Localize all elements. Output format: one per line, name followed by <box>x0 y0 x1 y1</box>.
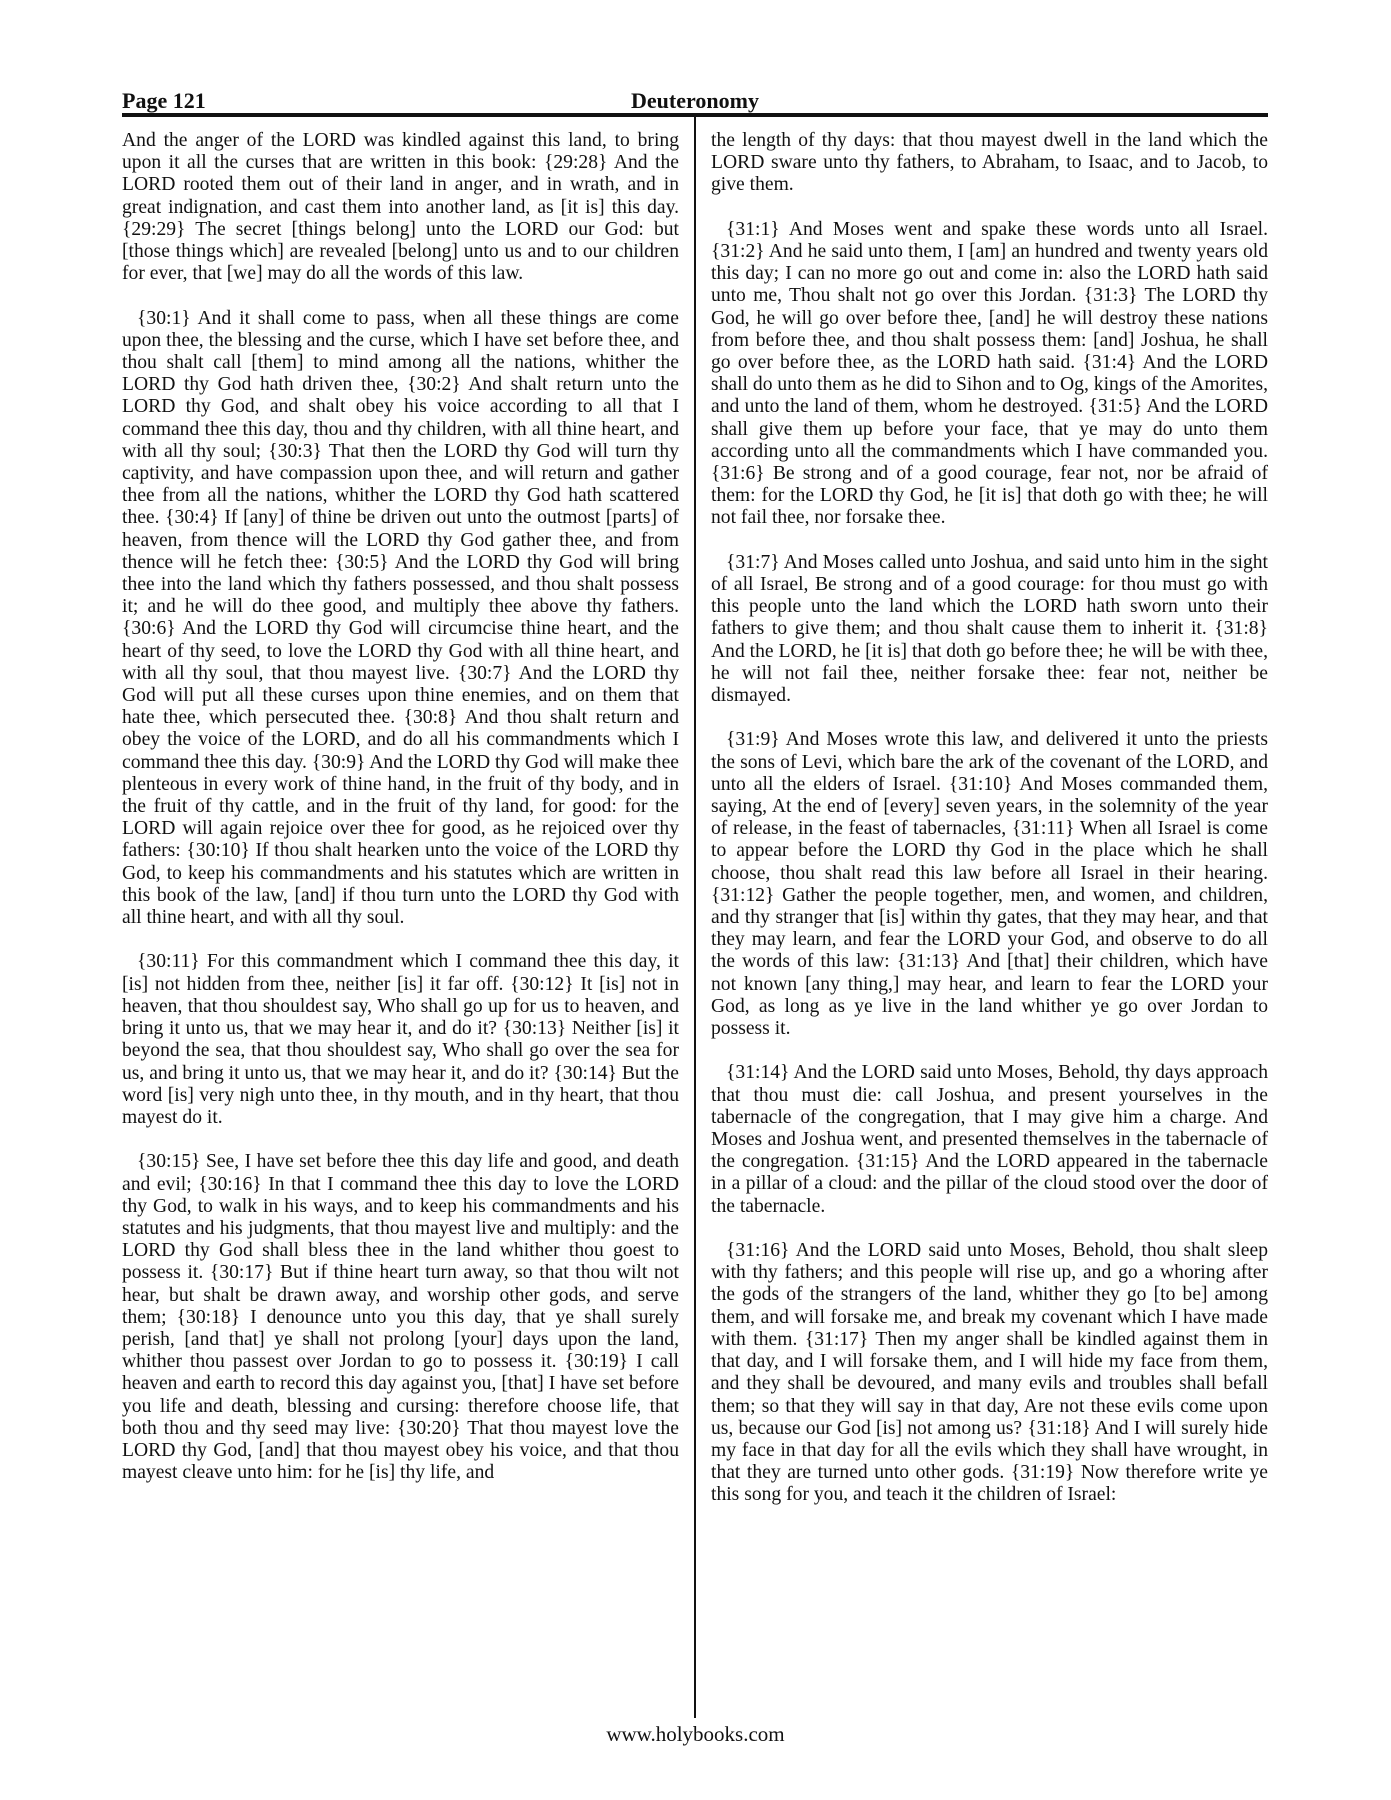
left-column: And the anger of the LORD was kindled ag… <box>122 130 679 1507</box>
paragraph: {31:16} And the LORD said unto Moses, Be… <box>711 1240 1268 1506</box>
paragraph: {30:15} See, I have set before thee this… <box>122 1151 679 1484</box>
book-title: Deuteronomy <box>122 88 1268 114</box>
paragraph: {31:14} And the LORD said unto Moses, Be… <box>711 1062 1268 1217</box>
right-column: the length of thy days: that thou mayest… <box>711 130 1268 1529</box>
column-divider <box>694 117 696 1718</box>
paragraph: And the anger of the LORD was kindled ag… <box>122 130 679 285</box>
paragraph: {31:9} And Moses wrote this law, and del… <box>711 729 1268 1040</box>
paragraph: the length of thy days: that thou mayest… <box>711 130 1268 197</box>
paragraph: {30:1} And it shall come to pass, when a… <box>122 308 679 930</box>
footer-website: www.holybooks.com <box>0 1721 1391 1747</box>
paragraph: {31:1} And Moses went and spake these wo… <box>711 219 1268 530</box>
paragraph: {30:11} For this commandment which I com… <box>122 951 679 1129</box>
paragraph: {31:7} And Moses called unto Joshua, and… <box>711 552 1268 707</box>
page-header: Page 121 Deuteronomy <box>122 88 1268 114</box>
